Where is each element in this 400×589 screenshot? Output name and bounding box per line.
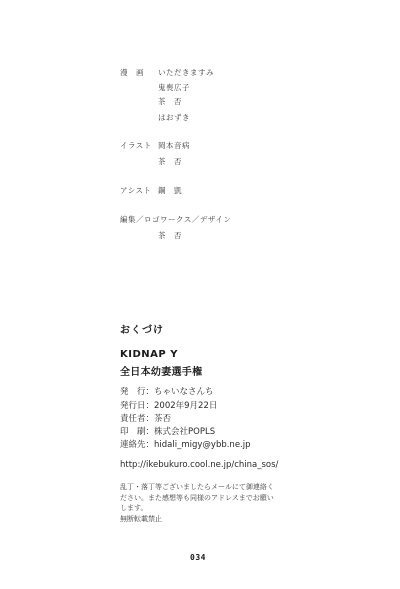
credit-role-manga: 漫 画 (120, 67, 144, 78)
colophon-key: 連絡先 (120, 438, 146, 450)
colophon-value: ：2002年9月22日 (146, 401, 218, 411)
colophon-value: ：hidali_migy@ybb.ne.jp (146, 440, 251, 450)
colophon-value: ：株式会社POPLS (146, 427, 216, 437)
website-url: http://ikebukuro.cool.ne.jp/china_sos/ (120, 460, 278, 470)
credit-name: 鬼喪広子 (158, 82, 190, 93)
colophon-key: 責任者 (120, 412, 146, 424)
book-title-jp: 全日本幼妻選手権 (120, 363, 202, 378)
credit-name: 茶 否 (158, 156, 182, 167)
credit-name: 茶 否 (158, 230, 182, 241)
contact-note: 乱丁・落丁等ございましたらメールにて御連絡ください。また感想等も同様のアドレスま… (120, 482, 280, 514)
colophon-line-date: 発行日：2002年9月22日 (120, 399, 217, 411)
credit-name: 岡本音病 (158, 140, 190, 151)
colophon-value: ：茶否 (146, 414, 172, 424)
credit-role-editing: 編集／ロゴワークス／デザイン (120, 214, 231, 225)
credit-role-assist: アシスト (120, 185, 151, 196)
colophon-key: 発 行 (120, 385, 146, 397)
credit-name: はおずき (158, 112, 190, 123)
colophon-heading: おくづけ (120, 321, 164, 336)
book-title-en: KIDNAP Y (120, 349, 178, 360)
colophon-key: 発行日 (120, 399, 146, 411)
page-number: 034 (190, 553, 206, 562)
colophon-value: ：ちゃいなさんち (146, 387, 214, 397)
no-reprint-notice: 無断転載禁止 (120, 514, 280, 525)
colophon-line-printer: 印 刷：株式会社POPLS (120, 425, 215, 437)
credit-name: 鋼 凱 (158, 185, 182, 196)
colophon-line-contact: 連絡先：hidali_migy@ybb.ne.jp (120, 438, 251, 450)
credit-role-illust: イラスト (120, 140, 152, 151)
credit-name: 茶 否 (158, 96, 182, 107)
credit-name: いただきますみ (158, 67, 214, 78)
colophon-line-publisher: 発 行：ちゃいなさんち (120, 385, 214, 397)
colophon-line-responsible: 責任者：茶否 (120, 412, 171, 424)
colophon-key: 印 刷 (120, 425, 146, 437)
